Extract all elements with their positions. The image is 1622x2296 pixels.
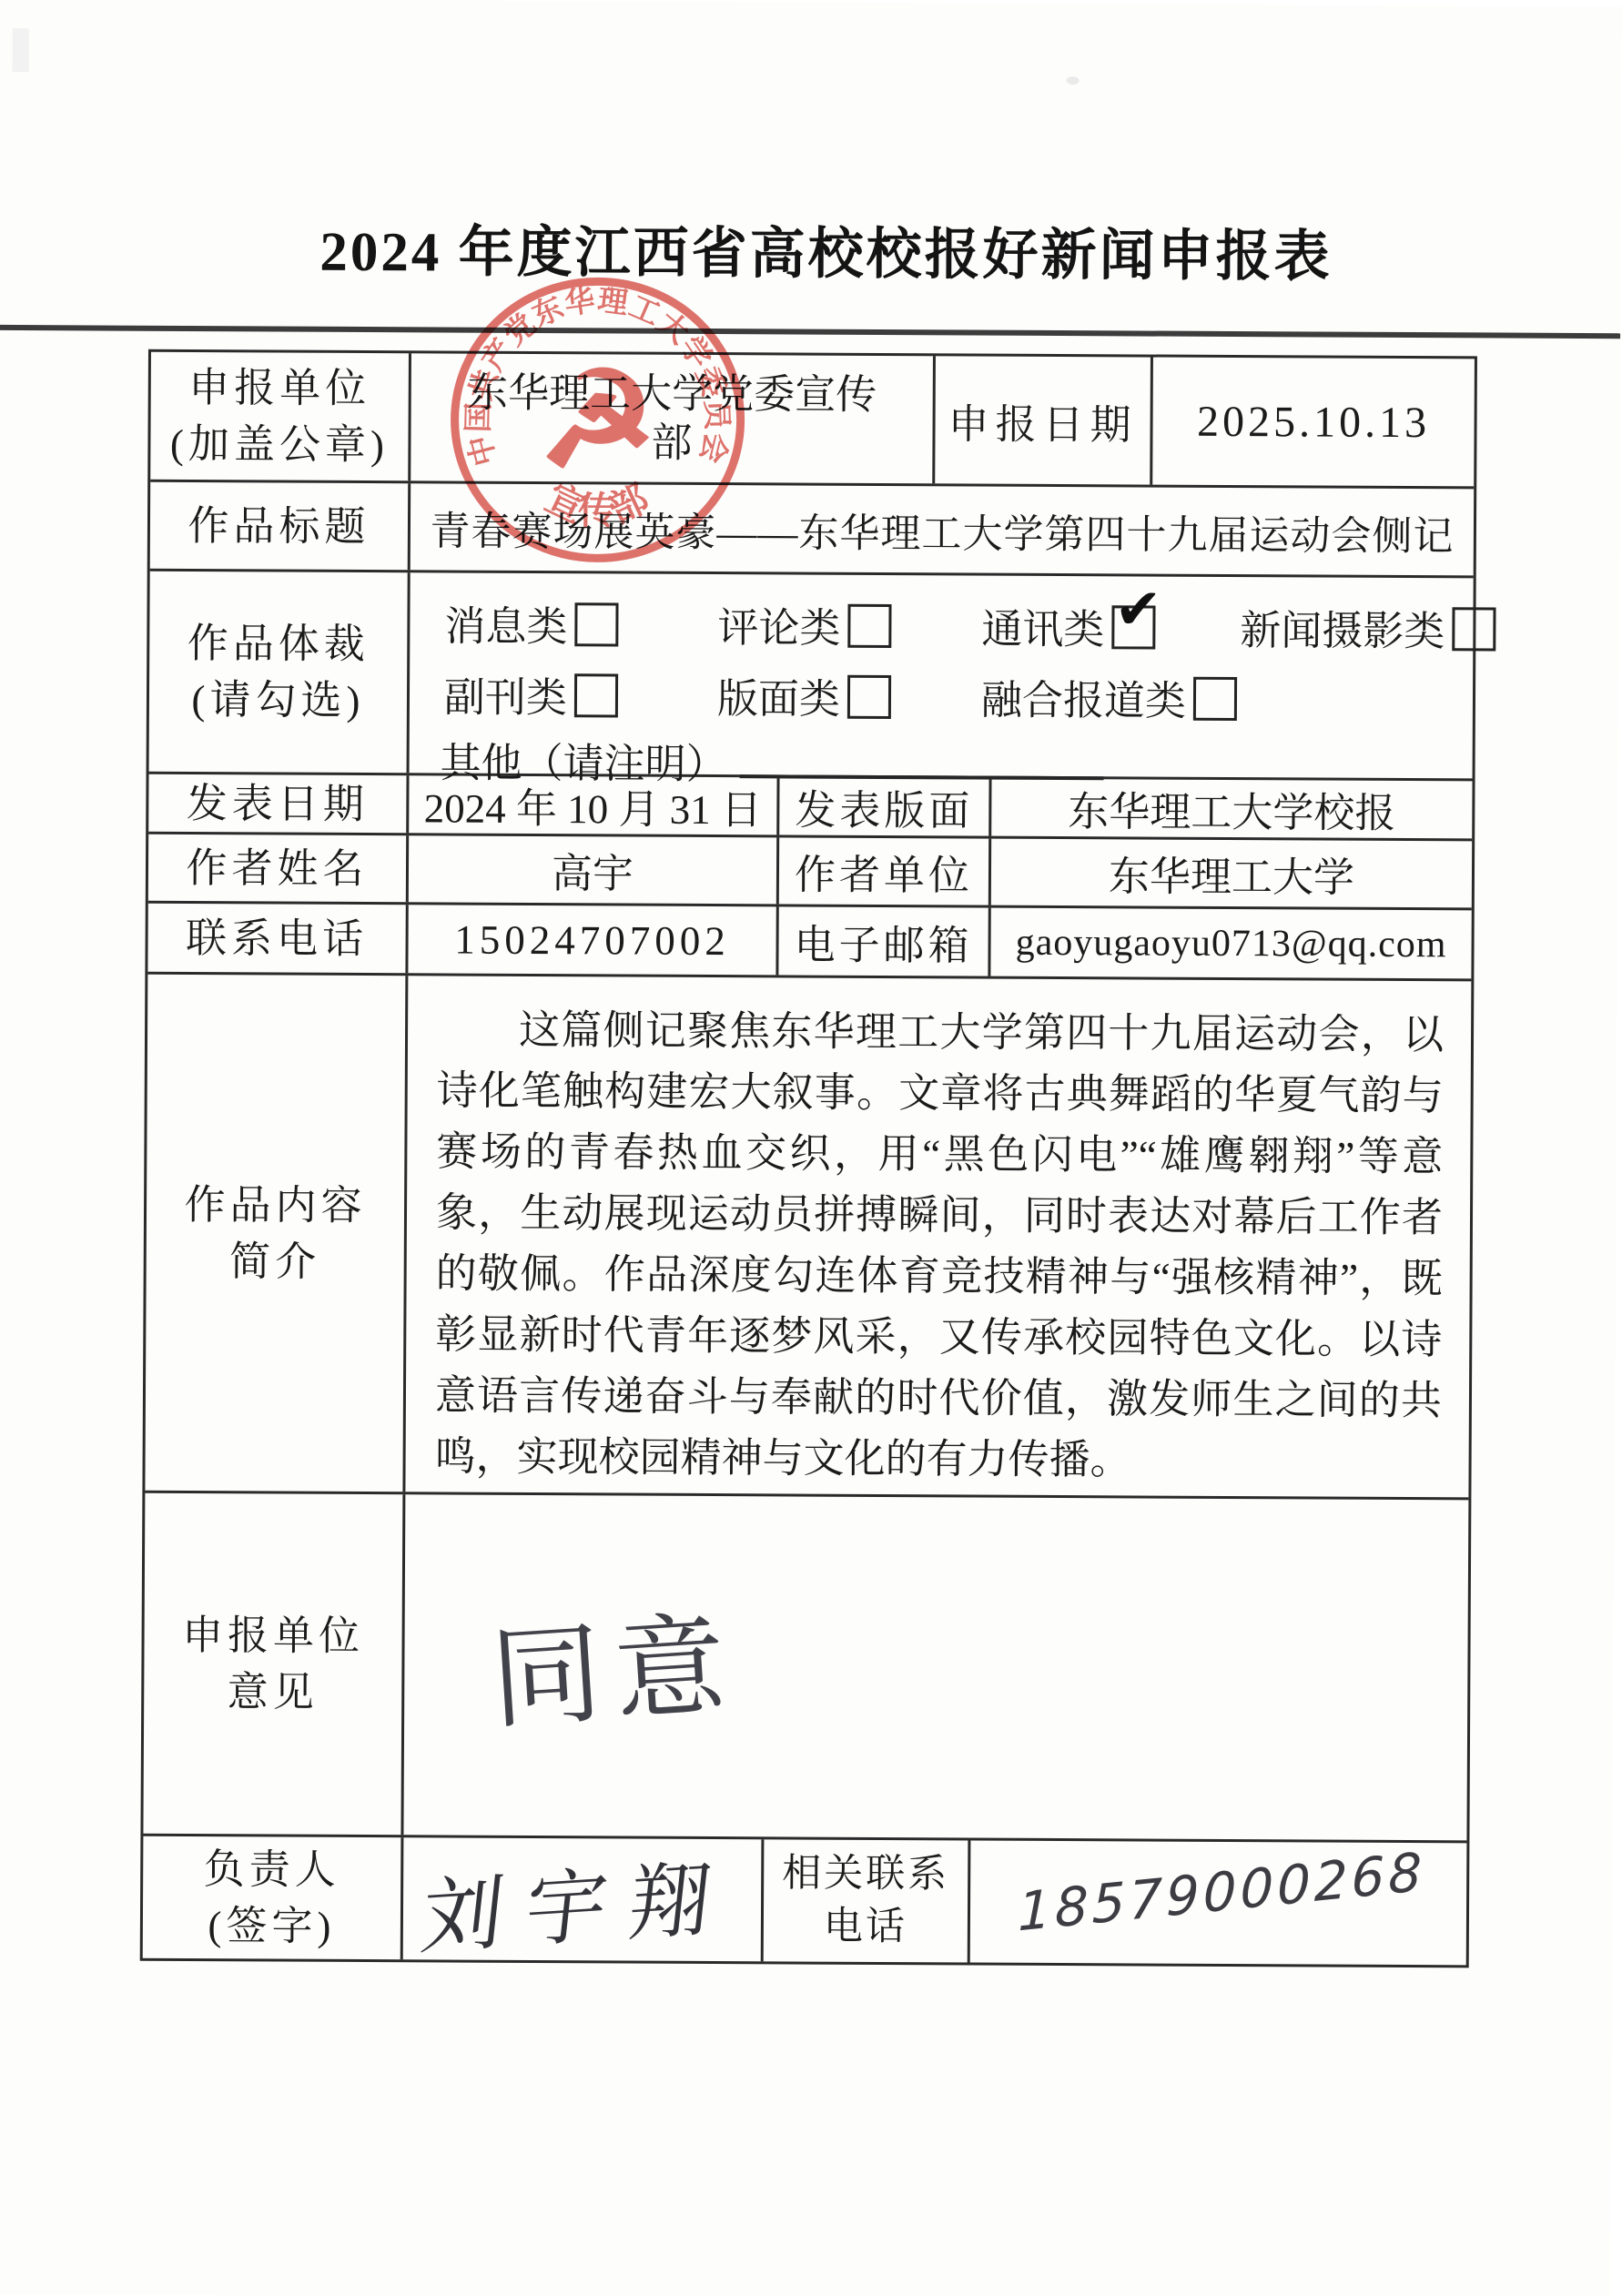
checkbox-layout-unchecked bbox=[847, 675, 891, 719]
checkbox-supplement-unchecked bbox=[574, 673, 618, 717]
email-label: 电子邮箱 bbox=[776, 906, 988, 976]
page-title: 2024 年度江西省高校校报好新闻申报表 bbox=[0, 206, 1621, 293]
header-divider-line bbox=[0, 325, 1620, 339]
genre-option-converged: 融合报道类 bbox=[981, 667, 1237, 727]
declare-date-value: 2025.10.13 bbox=[1150, 358, 1475, 487]
checkbox-message-unchecked bbox=[574, 602, 618, 646]
work-title-value: 青春赛场展英豪——东华理工大学第四十九届运动会侧记 bbox=[408, 483, 1474, 575]
author-unit-value: 东华理工大学 bbox=[988, 839, 1472, 908]
scanned-form-page: 2024 年度江西省高校校报好新闻申报表 申报单位 (加盖公章) 东华理工大学党… bbox=[0, 0, 1622, 2296]
row-author: 作者姓名 高宇 作者单位 东华理工大学 bbox=[148, 832, 1472, 908]
scan-artifact-top-right bbox=[1067, 76, 1080, 85]
checkbox-comment-unchecked bbox=[847, 604, 891, 648]
genre-options: 消息类 评论类 通讯类✔ 新闻摄影类 副刊类 bbox=[407, 572, 1474, 778]
publish-date-label: 发表日期 bbox=[148, 774, 406, 833]
check-icon: ✔ bbox=[1114, 581, 1161, 637]
checkbox-communication-checked: ✔ bbox=[1111, 605, 1155, 649]
genre-option-supplement: 副刊类 bbox=[444, 663, 618, 723]
row-contact: 联系电话 15024707002 电子邮箱 gaoyugaoyu0713@qq.… bbox=[147, 901, 1471, 979]
summary-value: 这篇侧记聚焦东华理工大学第四十九届运动会，以诗化笔触构建宏大叙事。文章将古典舞蹈… bbox=[402, 976, 1471, 1497]
declare-date-label: 申报日期 bbox=[932, 356, 1151, 484]
head-label: 负责人 (签字) bbox=[143, 1836, 401, 1959]
summary-paragraph: 这篇侧记聚焦东华理工大学第四十九届运动会，以诗化笔触构建宏大叙事。文章将古典舞蹈… bbox=[405, 976, 1471, 1492]
phone-label: 联系电话 bbox=[147, 904, 405, 973]
author-label: 作者姓名 bbox=[148, 834, 406, 902]
scan-artifact-top-left bbox=[13, 28, 29, 72]
summary-label: 作品内容 简介 bbox=[145, 975, 405, 1492]
phone-value: 15024707002 bbox=[405, 905, 776, 975]
unit-opinion-label: 申报单位 意见 bbox=[143, 1493, 402, 1835]
handwritten-approval: 同意 bbox=[485, 1575, 743, 1750]
contact-phone-label: 相关联系 电话 bbox=[761, 1839, 968, 1962]
genre-option-news-photo: 新闻摄影类 bbox=[1240, 597, 1495, 657]
genre-option-layout: 版面类 bbox=[717, 665, 891, 725]
row-work-title: 作品标题 青春赛场展英豪——东华理工大学第四十九届运动会侧记 bbox=[150, 480, 1474, 576]
row-unit-opinion: 申报单位 意见 bbox=[143, 1491, 1468, 1841]
email-value: gaoyugaoyu0713@qq.com bbox=[988, 908, 1471, 979]
publish-page-value: 东华理工大学校报 bbox=[988, 779, 1472, 839]
checkbox-news-photo-unchecked bbox=[1452, 607, 1495, 651]
handwritten-signature: 刘宇翔 bbox=[416, 1831, 740, 1970]
author-unit-label: 作者单位 bbox=[776, 837, 988, 905]
checkbox-converged-unchecked bbox=[1193, 677, 1237, 721]
row-publish-date: 发表日期 2024 年 10 月 31 日 发表版面 东华理工大学校报 bbox=[148, 772, 1472, 839]
row-genre: 作品体裁 (请勾选) 消息类 评论类 通讯类✔ 新闻摄影类 bbox=[149, 569, 1474, 779]
applicant-label: 申报单位 (加盖公章) bbox=[150, 352, 409, 480]
genre-label: 作品体裁 (请勾选) bbox=[149, 571, 408, 773]
publish-page-label: 发表版面 bbox=[776, 777, 988, 835]
genre-option-message: 消息类 bbox=[444, 592, 618, 652]
applicant-value: 东华理工大学党委宣传 部 bbox=[408, 353, 933, 483]
genre-option-comment: 评论类 bbox=[717, 594, 891, 654]
row-summary: 作品内容 简介 这篇侧记聚焦东华理工大学第四十九届运动会，以诗化笔触构建宏大叙事… bbox=[145, 972, 1471, 1498]
author-value: 高宇 bbox=[406, 835, 776, 904]
publish-date-value: 2024 年 10 月 31 日 bbox=[406, 775, 776, 834]
work-title-label: 作品标题 bbox=[150, 482, 408, 570]
other-fill-line bbox=[740, 742, 1104, 780]
row-applicant: 申报单位 (加盖公章) 东华理工大学党委宣传 部 申报日期 2025.10.13 bbox=[150, 352, 1475, 487]
genre-option-communication: 通讯类✔ bbox=[981, 596, 1155, 656]
application-form-table: 申报单位 (加盖公章) 东华理工大学党委宣传 部 申报日期 2025.10.13… bbox=[140, 349, 1477, 1968]
